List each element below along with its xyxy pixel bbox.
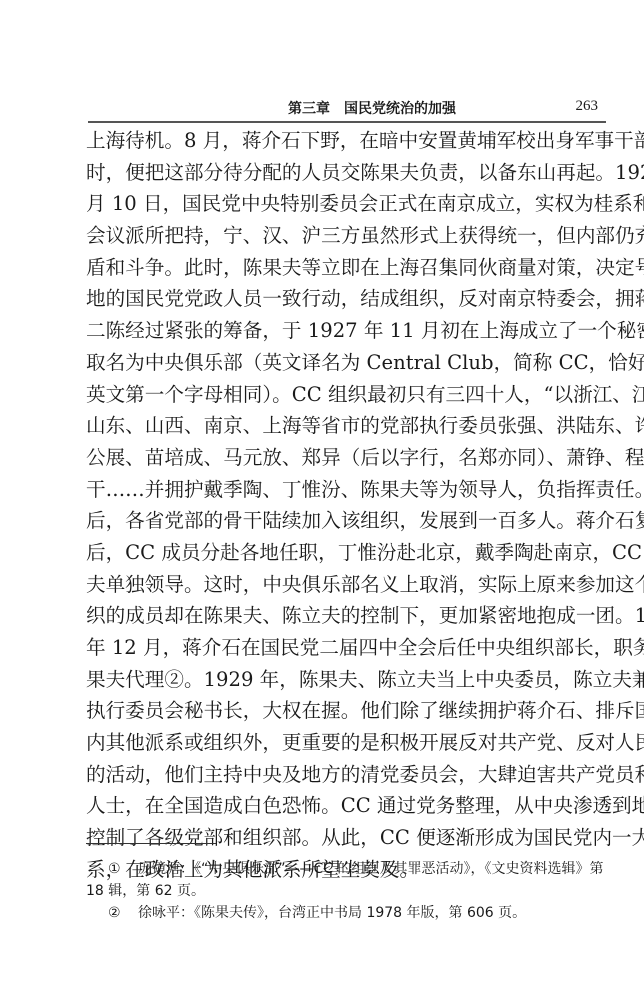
- text-line: 人士，在全国造成白色恐怖。CC 通过党务整理，从中央渗透到地方，: [86, 790, 608, 822]
- text-line: 内其他派系或组织外，更重要的是积极开展反对共产党、反对人民民主: [86, 727, 608, 759]
- text-line: 盾和斗争。此时，陈果夫等立即在上海召集同伙商量对策，决定号令各: [86, 252, 608, 284]
- body-text: 上海待机。8 月，蒋介石下野，在暗中安置黄埔军校出身军事干部的同 时，便把这部分…: [86, 125, 608, 886]
- text-line: 年 12 月，蒋介石在国民党二届四中全会后任中央组织部长，职务由陈: [86, 632, 608, 664]
- text-line: 果夫代理②。1929 年，陈果夫、陈立夫当上中央委员，陈立夫兼任中央: [86, 664, 608, 696]
- text-line: 公展、苗培成、马元放、郑异（后以字行，名郑亦同）、萧铮、程天放等为主: [86, 442, 608, 474]
- text-line: 干……并拥护戴季陶、丁惟汾、陈果夫等为领导人，负指挥责任。”①以: [86, 474, 608, 506]
- footnote-marker: ②: [108, 902, 138, 924]
- text-line: 英文第一个字母相同）。CC 组织最初只有三四十人，“以浙江、江苏、: [86, 379, 608, 411]
- text-line: 时，便把这部分待分配的人员交陈果夫负责，以备东山再起。1927 年 9: [86, 157, 608, 189]
- page-number: 263: [576, 98, 599, 115]
- footnote-1: ①庞镜塘：《“中央俱乐部”——CC 的组织及其罪恶活动》，《文史资料选辑》第: [86, 858, 608, 880]
- text-line: 后，CC 成员分赴各地任职，丁惟汾赴北京，戴季陶赴南京，CC 由陈果: [86, 537, 608, 569]
- text-line: 地的国民党党政人员一致行动，结成组织，反对南京特委会，拥蒋上台。: [86, 283, 608, 315]
- text-line: 后，各省党部的骨干陆续加入该组织，发展到一百多人。蒋介石复职: [86, 505, 608, 537]
- running-header: 第三章 国民党统治的加强 263: [88, 96, 606, 120]
- footnote-2: ②徐咏平：《陈果夫传》，台湾正中书局 1978 年版，第 606 页。: [86, 902, 608, 924]
- text-line: 的活动，他们主持中央及地方的清党委员会，大肆迫害共产党员和进步: [86, 759, 608, 791]
- header-rule: [88, 121, 606, 123]
- text-line: 二陈经过紧张的筹备，于 1927 年 11 月初在上海成立了一个秘密组织，: [86, 315, 608, 347]
- text-line: 月 10 日，国民党中央特别委员会正式在南京成立，实权为桂系和西山: [86, 188, 608, 220]
- text-line: 夫单独领导。这时，中央俱乐部名义上取消，实际上原来参加这个小组: [86, 569, 608, 601]
- footnote-rule: [86, 843, 216, 844]
- footnote-marker: ①: [108, 858, 138, 880]
- footnote-1-continued: 18 辑，第 62 页。: [86, 880, 608, 902]
- footnote-text: 庞镜塘：《“中央俱乐部”——CC 的组织及其罪恶活动》，《文史资料选辑》第: [138, 861, 604, 877]
- book-page: 第三章 国民党统治的加强 263 上海待机。8 月，蒋介石下野，在暗中安置黄埔军…: [0, 0, 644, 1000]
- text-line: 取名为中央俱乐部（英文译名为 Central Club，简称 CC，恰好与二陈的: [86, 347, 608, 379]
- text-line: 织的成员却在陈果夫、陈立夫的控制下，更加紧密地抱成一团。1927: [86, 600, 608, 632]
- footnotes: ①庞镜塘：《“中央俱乐部”——CC 的组织及其罪恶活动》，《文史资料选辑》第 1…: [86, 858, 608, 924]
- text-line: 执行委员会秘书长，大权在握。他们除了继续拥护蒋介石、排斥国民党: [86, 695, 608, 727]
- text-line: 上海待机。8 月，蒋介石下野，在暗中安置黄埔军校出身军事干部的同: [86, 125, 608, 157]
- text-line: 山东、山西、南京、上海等省市的党部执行委员张强、洪陆东、许绍棣、潘: [86, 410, 608, 442]
- text-line: 会议派所把持，宁、汉、沪三方虽然形式上获得统一，但内部仍充满着矛: [86, 220, 608, 252]
- footnote-text: 徐咏平：《陈果夫传》，台湾正中书局 1978 年版，第 606 页。: [138, 905, 526, 921]
- text-line: 控制了各级党部和组织部。从此，CC 便逐渐形成为国民党内一大派: [86, 822, 608, 854]
- chapter-title: 第三章 国民党统治的加强: [288, 98, 456, 118]
